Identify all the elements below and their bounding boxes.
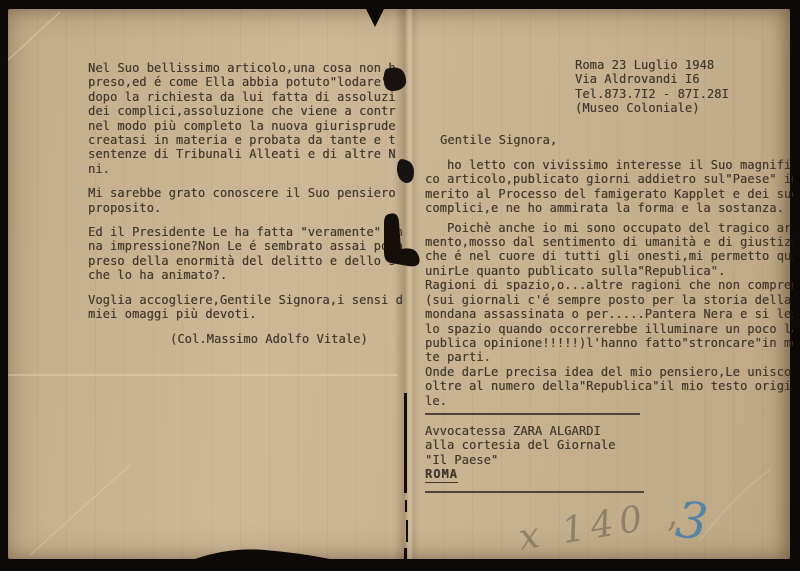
text-line: preso della enormità del delitto e dello…: [88, 254, 410, 268]
text-line: Mi sarebbe grato conoscere il Suo pensie…: [88, 186, 410, 200]
left-paragraph-1: Nel Suo bellissimo articolo,una cosa non…: [88, 61, 410, 176]
text-line: Avvocatessa ZARA ALGARDI: [425, 424, 793, 438]
text-line: publica opinione!!!!!)l'hanno fatto"stro…: [425, 336, 793, 350]
letter-body: ho letto con vivissimo interesse il Suo …: [425, 158, 793, 408]
text-line: (sui giornali c'é sempre posto per la st…: [425, 293, 793, 307]
text-line: ni.: [88, 162, 410, 176]
text-line: nel modo più completo la nuova giurispru…: [88, 119, 410, 133]
left-page: Nel Suo bellissimo articolo,una cosa non…: [88, 61, 410, 361]
left-paragraph-2: Mi sarebbe grato conoscere il Suo pensie…: [88, 186, 410, 215]
text-line: Poichè anche io mi sono occupato del tra…: [425, 221, 793, 235]
blue-pen-annotation: 3: [673, 490, 711, 551]
text-line: unirLe quanto publicato sulla"Republica"…: [425, 264, 793, 278]
body-paragraph-2: Poichè anche io mi sono occupato del tra…: [425, 221, 793, 408]
text-line: alla cortesia del Giornale: [425, 438, 793, 452]
text-line: merito al Processo del famigerato Kapple…: [425, 187, 793, 201]
text-line: ho letto con vivissimo interesse il Suo …: [425, 158, 793, 172]
horizontal-crease: [8, 374, 398, 376]
text-line: co articolo,publicato giorni addietro su…: [425, 172, 793, 186]
text-line: creatasi in materia e probata da tante e…: [88, 133, 410, 147]
recipient-lines: Avvocatessa ZARA ALGARDIalla cortesia de…: [425, 424, 793, 467]
text-line: (Museo Coloniale): [575, 101, 793, 115]
text-line: Ed il Presidente Le ha fatta "veramente"…: [88, 225, 410, 239]
signature-line: (Col.Massimo Adolfo Vitale): [170, 332, 410, 346]
text-line: dei complici,assoluzione che viene a con…: [88, 104, 410, 118]
recipient-city: ROMA: [425, 467, 458, 482]
recipient-block: Avvocatessa ZARA ALGARDIalla cortesia de…: [425, 424, 793, 483]
body-paragraph-1: ho letto con vivissimo interesse il Suo …: [425, 158, 793, 216]
salutation: Gentile Signora,: [440, 133, 793, 147]
text-line: le.: [425, 394, 793, 408]
text-line: mento,mosso dal sentimento di umanità e …: [425, 235, 793, 249]
text-line: complici,e ne ho ammirata la forma e la …: [425, 201, 793, 215]
text-line: Voglia accogliere,Gentile Signora,i sens…: [88, 293, 410, 307]
text-line: "Il Paese": [425, 453, 793, 467]
text-line: miei omaggi più devoti.: [88, 307, 410, 321]
divider-rule-top: [425, 413, 640, 415]
text-line: mondana assassinata o per.....Pantera Ne…: [425, 307, 793, 321]
text-line: che é nel cuore di tutti gli onesti,mi p…: [425, 249, 793, 263]
text-line: dopo la richiesta da lui fatta di assolu…: [88, 90, 410, 104]
text-line: Onde darLe precisa idea del mio pensiero…: [425, 365, 793, 379]
text-line: lo spazio quando occorrerebbe illuminare…: [425, 322, 793, 336]
text-line: Roma 23 Luglio 1948: [575, 58, 793, 72]
text-line: che lo ha animato?.: [88, 268, 410, 282]
text-line: Via Aldrovandi I6: [575, 72, 793, 86]
text-line: proposito.: [88, 201, 410, 215]
letterhead-block: Roma 23 Luglio 1948Via Aldrovandi I6Tel.…: [575, 58, 793, 116]
text-line: oltre al numero della"Republica"il mio t…: [425, 379, 793, 393]
text-line: Ragioni di spazio,o...altre ragioni che …: [425, 278, 793, 292]
text-line: te parti.: [425, 350, 793, 364]
text-line: Tel.873.7I2 - 87I.28I: [575, 87, 793, 101]
text-line: preso,ed é come Ella abbia potuto"lodare…: [88, 75, 410, 89]
scanned-letter-photo: { "colors": { "background": "#0c0907", "…: [0, 0, 800, 571]
divider-rule-bottom: [425, 491, 644, 493]
text-line: Nel Suo bellissimo articolo,una cosa non…: [88, 61, 410, 75]
left-paragraph-4: Voglia accogliere,Gentile Signora,i sens…: [88, 293, 410, 322]
text-line: na impressione?Non Le é sembrato assai p…: [88, 239, 410, 253]
right-page: Roma 23 Luglio 1948Via Aldrovandi I6Tel.…: [425, 58, 793, 493]
left-paragraph-3: Ed il Presidente Le ha fatta "veramente"…: [88, 225, 410, 283]
text-line: sentenze di Tribunali Alleati e di altre…: [88, 147, 410, 161]
